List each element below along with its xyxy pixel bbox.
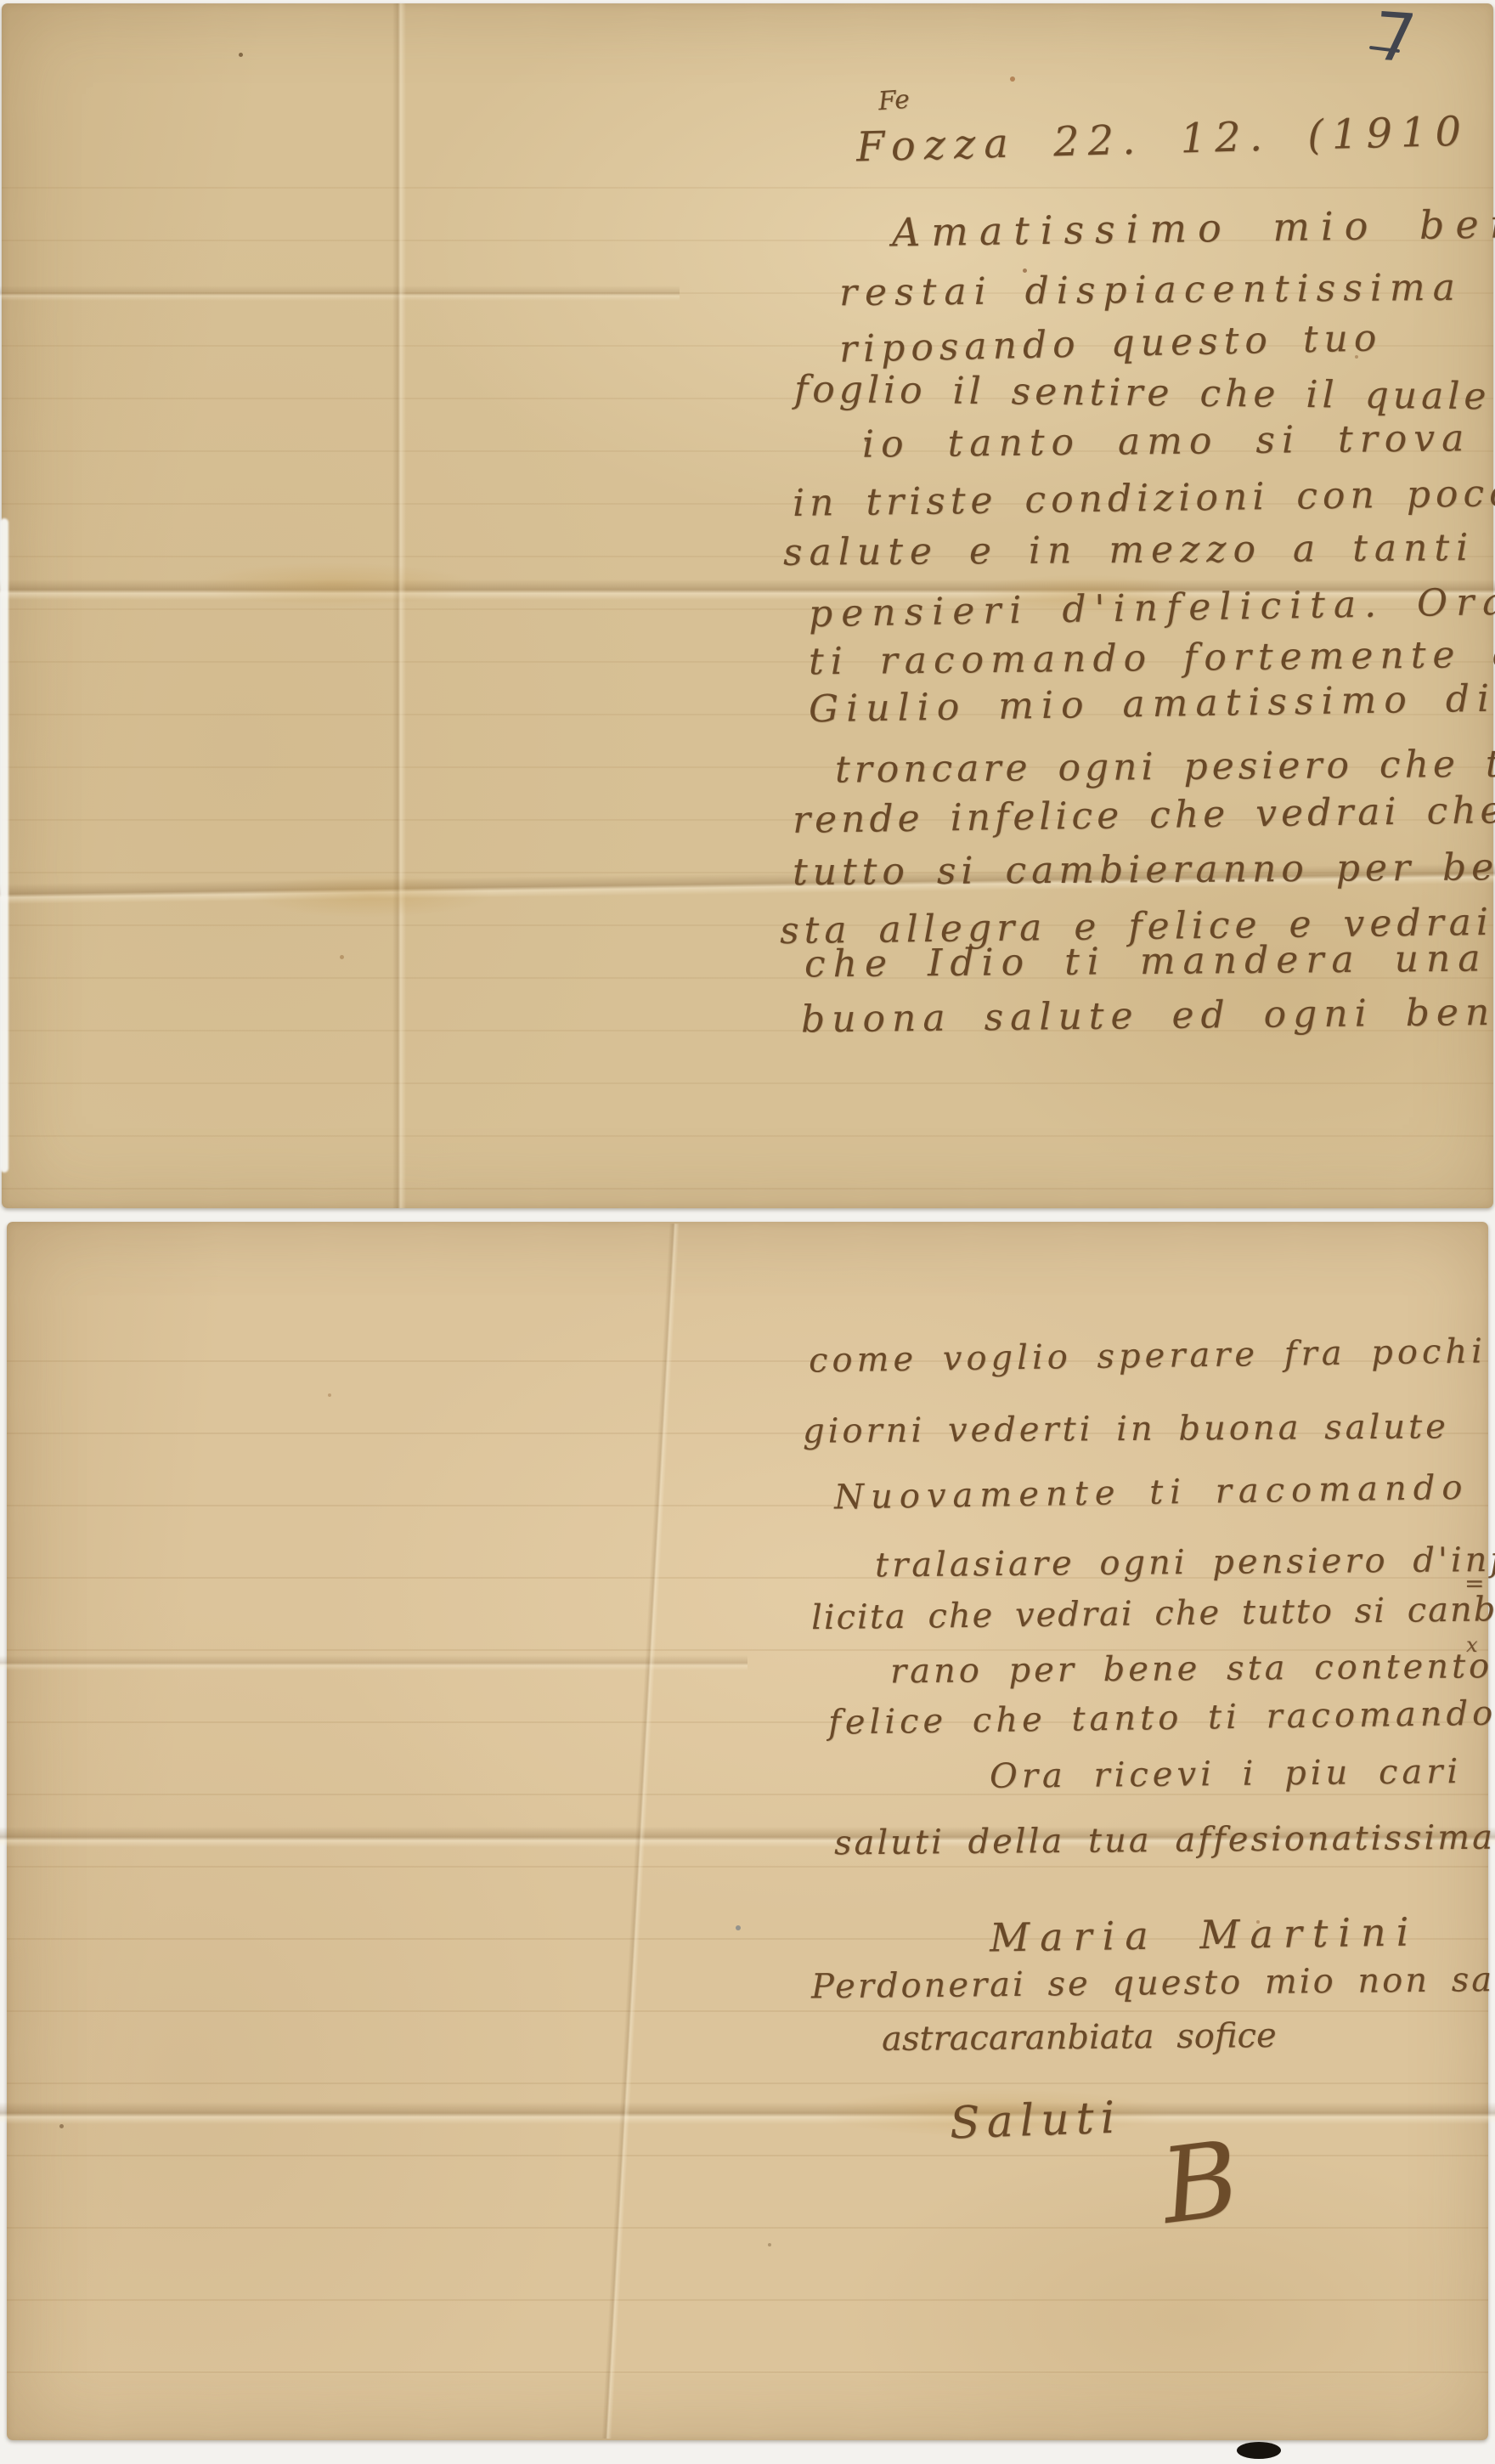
date-superscript: Fe	[877, 88, 911, 116]
handwritten-line: riposando questo tuo	[839, 319, 1383, 368]
margin-mark: =	[1464, 1572, 1484, 1596]
scanner-edge	[0, 518, 8, 1173]
handwritten-line: rano per bene sta contento e	[890, 1649, 1495, 1689]
handwritten-line: tralasiare ogni pensiero d'infe	[875, 1543, 1495, 1583]
handwritten-line: in triste condizioni con poco	[793, 475, 1495, 523]
letter-scan: 7 Fe Fozza 22. 12. (1910 Amatissimo mio …	[0, 0, 1495, 2464]
handwritten-line: troncare ogni pesiero che ti	[835, 745, 1495, 788]
handwritten-line: licita che vedrai che tutto si canbie	[811, 1592, 1495, 1635]
signature: Maria Martini	[990, 1912, 1419, 1957]
handwritten-line: rende infelice che vedrai che	[793, 792, 1495, 839]
handwritten-line: Giulio mio amatissimo di	[809, 681, 1495, 729]
scanner-mark	[1237, 2442, 1281, 2459]
postscript-line: Perdonerai se questo mio non sara	[811, 1963, 1495, 2004]
monogram-flourish: B	[1156, 2127, 1244, 2239]
handwritten-line: foglio il sentire che il quale	[794, 371, 1491, 416]
handwritten-line: restai dispiacentissima	[839, 269, 1463, 312]
handwritten-line: buona salute ed ogni bene	[801, 994, 1495, 1039]
handwritten-line: ti racomando fortemente o	[809, 636, 1495, 681]
handwritten-line: salute e in mezzo a tanti	[783, 529, 1475, 572]
handwritten-line: Nuovamente ti racomando di	[834, 1469, 1495, 1514]
handwritten-line: giorni vederti in buona salute	[803, 1410, 1449, 1448]
handwritten-line: Amatissimo mio bene	[892, 204, 1495, 252]
handwritten-line: saluti della tua affesionatissima	[834, 1821, 1495, 1861]
handwritten-line: tutto si cambieranno per bene	[793, 849, 1495, 891]
postscript-line: astracaranbiata sofice	[882, 2019, 1277, 2056]
handwritten-line: Ora ricevi i piu cari	[990, 1755, 1463, 1794]
closing-salutation: Saluti	[949, 2095, 1122, 2145]
handwritten-line: che Idio ti mandera una	[804, 940, 1488, 983]
handwritten-line: come voglio sperare fra pochi	[809, 1334, 1487, 1377]
handwritten-line: io tanto amo si trova	[862, 420, 1471, 463]
handwritten-line: felice che tanto ti racomando.	[828, 1696, 1495, 1739]
margin-mark: x	[1466, 1635, 1478, 1655]
pencil-page-number: 7	[1372, 3, 1419, 72]
